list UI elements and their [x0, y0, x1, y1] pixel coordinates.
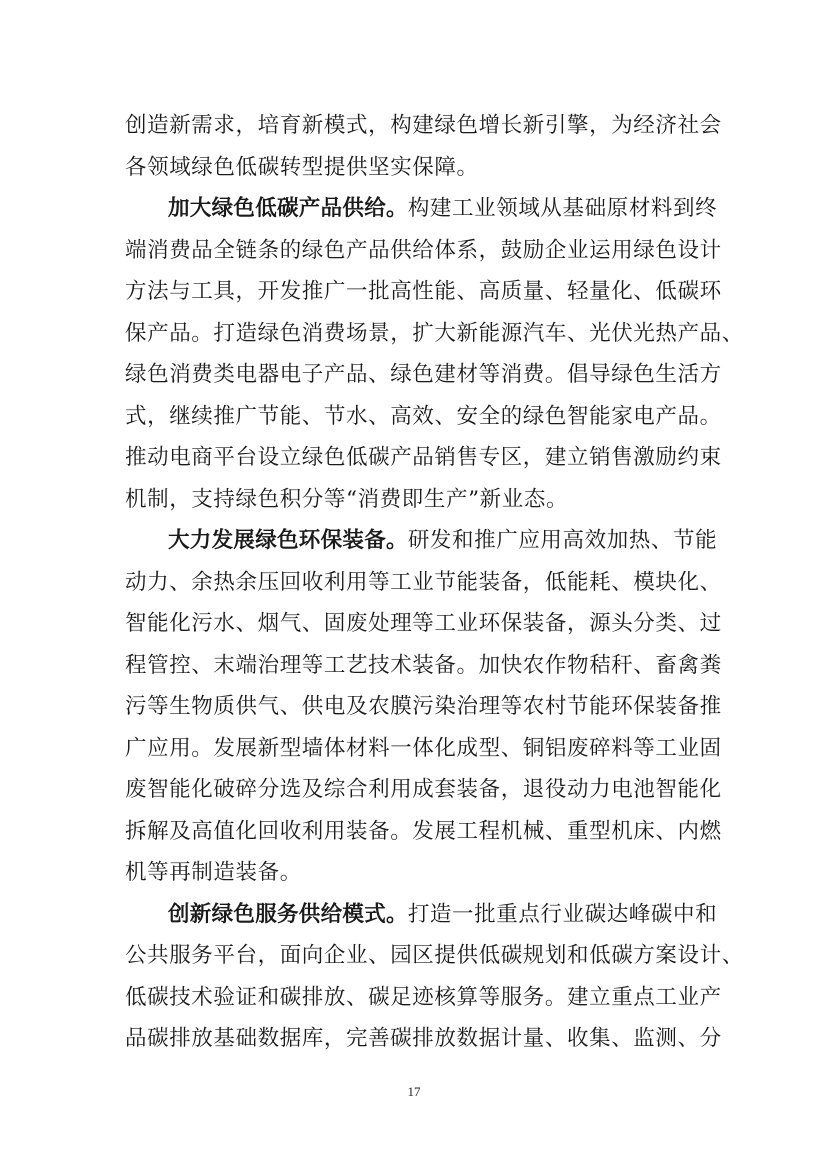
text-line: 公共服务平台，面向企业、园区提供低碳规划和低碳方案设计、 — [125, 935, 705, 977]
paragraph-green-products: 加大绿色低碳产品供给。构建工业领域从基础原材料到终 端消费品全链条的绿色产品供给… — [125, 188, 705, 520]
paragraph-heading: 创新绿色服务供给模式。 — [168, 902, 408, 927]
text-line-first: 创新绿色服务供给模式。打造一批重点行业碳达峰碳中和 — [125, 894, 705, 936]
text-line: 品碳排放基础数据库，完善碳排放数据计量、收集、监测、分 — [125, 1018, 705, 1060]
text-line: 拆解及高值化回收利用装备。发展工程机械、重型机床、内燃 — [125, 811, 705, 853]
text-line: 废智能化破碎分选及综合利用成套装备，退役动力电池智能化 — [125, 769, 705, 811]
text-line: 端消费品全链条的绿色产品供给体系，鼓励企业运用绿色设计 — [125, 230, 705, 272]
text-line: 广应用。发展新型墙体材料一体化成型、铜铝废碎料等工业固 — [125, 728, 705, 770]
text-line: 创造新需求，培育新模式，构建绿色增长新引擎，为经济社会 — [125, 105, 705, 147]
paragraph-green-equipment: 大力发展绿色环保装备。研发和推广应用高效加热、节能 动力、余热余压回收利用等工业… — [125, 520, 705, 894]
text-line: 机等再制造装备。 — [125, 852, 705, 894]
text-line: 动力、余热余压回收利用等工业节能装备，低能耗、模块化、 — [125, 562, 705, 604]
text-run: 打造一批重点行业碳达峰碳中和 — [408, 902, 717, 927]
text-run: 研发和推广应用高效加热、节能 — [408, 528, 717, 553]
text-line: 低碳技术验证和碳排放、碳足迹核算等服务。建立重点工业产 — [125, 977, 705, 1019]
text-line: 绿色消费类电器电子产品、绿色建材等消费。倡导绿色生活方 — [125, 354, 705, 396]
paragraph-green-services: 创新绿色服务供给模式。打造一批重点行业碳达峰碳中和 公共服务平台，面向企业、园区… — [125, 894, 705, 1060]
text-line: 污等生物质供气、供电及农膜污染治理等农村节能环保装备推 — [125, 686, 705, 728]
paragraph-heading: 大力发展绿色环保装备。 — [168, 528, 408, 553]
document-page: 创造新需求，培育新模式，构建绿色增长新引擎，为经济社会 各领域绿色低碳转型提供坚… — [0, 0, 828, 1169]
page-number: 17 — [0, 1084, 828, 1100]
paragraph-heading: 加大绿色低碳产品供给。 — [168, 196, 408, 221]
text-line: 各领域绿色低碳转型提供坚实保障。 — [125, 147, 705, 189]
text-line: 智能化污水、烟气、固废处理等工业环保装备，源头分类、过 — [125, 603, 705, 645]
text-run: 构建工业领域从基础原材料到终 — [408, 196, 717, 221]
page-body: 创造新需求，培育新模式，构建绿色增长新引擎，为经济社会 各领域绿色低碳转型提供坚… — [125, 105, 705, 1060]
text-line-first: 大力发展绿色环保装备。研发和推广应用高效加热、节能 — [125, 520, 705, 562]
text-line: 式，继续推广节能、节水、高效、安全的绿色智能家电产品。 — [125, 396, 705, 438]
text-line-first: 加大绿色低碳产品供给。构建工业领域从基础原材料到终 — [125, 188, 705, 230]
paragraph-continuation: 创造新需求，培育新模式，构建绿色增长新引擎，为经济社会 各领域绿色低碳转型提供坚… — [125, 105, 705, 188]
text-line: 机制，支持绿色积分等“消费即生产”新业态。 — [125, 479, 705, 521]
text-line: 方法与工具，开发推广一批高性能、高质量、轻量化、低碳环 — [125, 271, 705, 313]
text-line: 保产品。打造绿色消费场景，扩大新能源汽车、光伏光热产品、 — [125, 313, 705, 355]
text-line: 推动电商平台设立绿色低碳产品销售专区，建立销售激励约束 — [125, 437, 705, 479]
text-line: 程管控、末端治理等工艺技术装备。加快农作物秸秆、畜禽粪 — [125, 645, 705, 687]
